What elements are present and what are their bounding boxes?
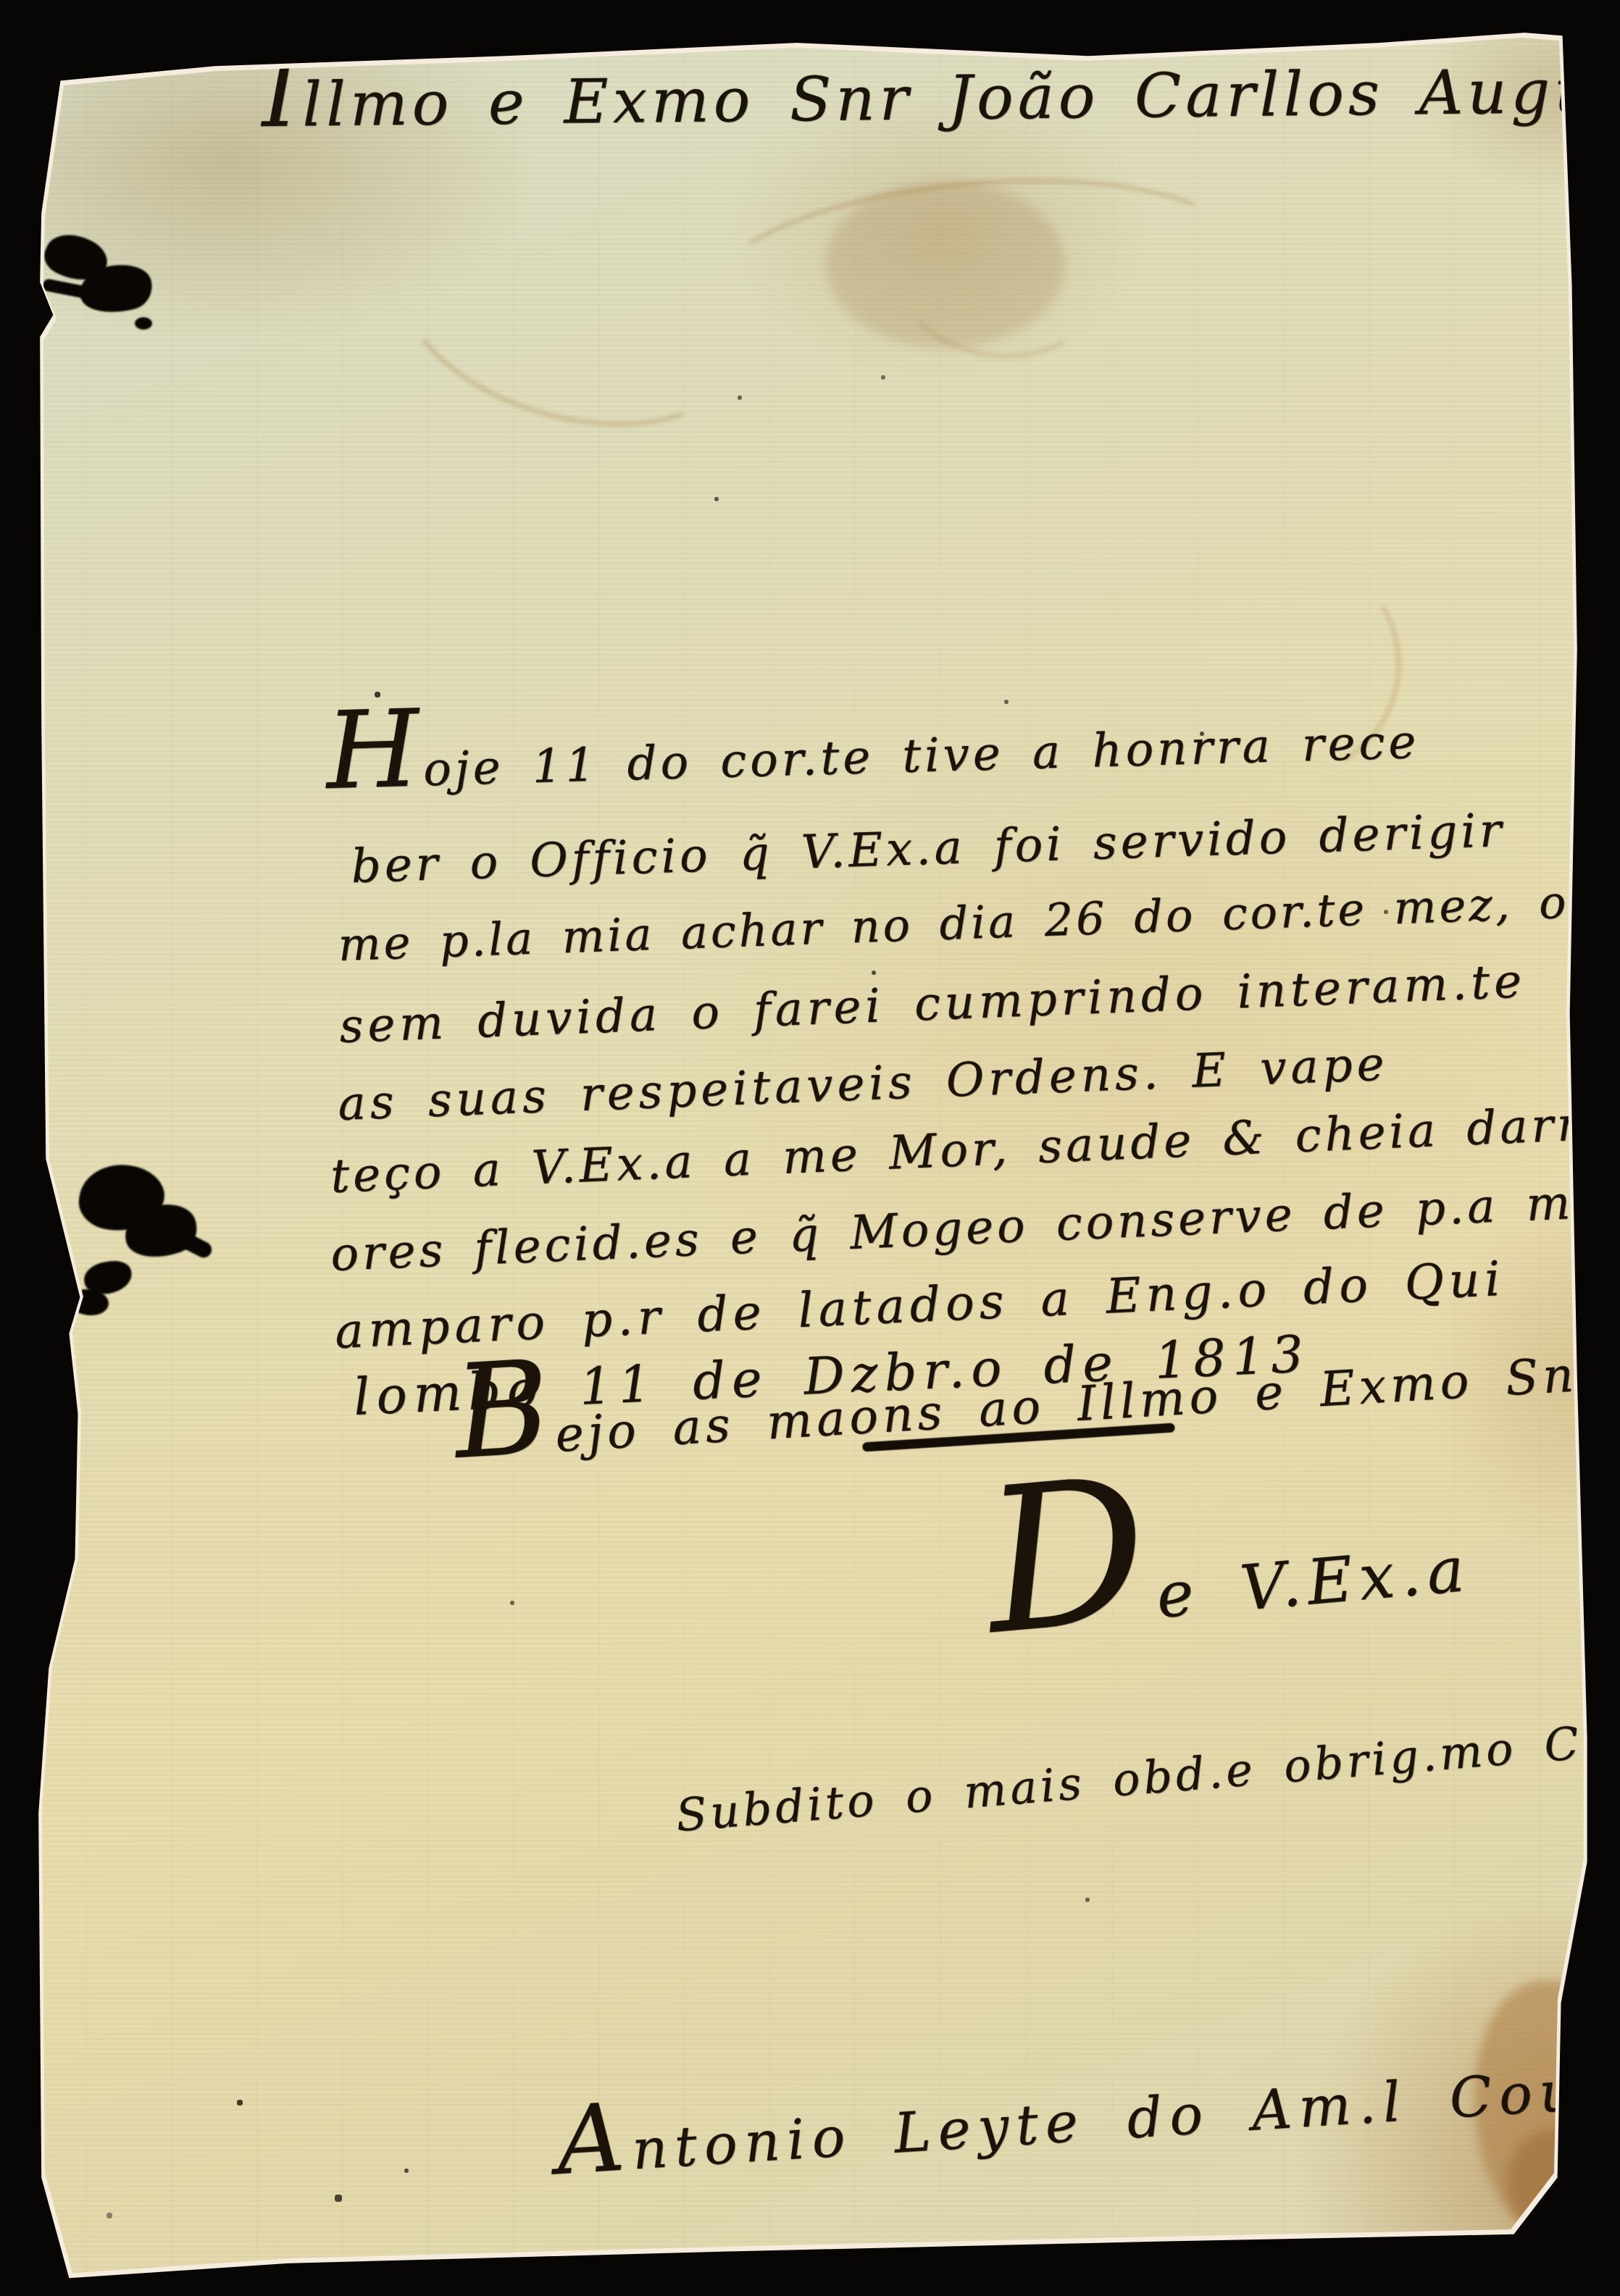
letter-heading: Illmo e Exmo Snr João Carllos Augusto. [262,56,1620,139]
scan-background: Illmo e Exmo Snr João Carllos Augusto. H… [0,0,1620,2296]
ink-blot [135,317,152,330]
manuscript-page: Illmo e Exmo Snr João Carllos Augusto. H… [0,0,1620,2296]
paper-specks [0,0,1,1]
